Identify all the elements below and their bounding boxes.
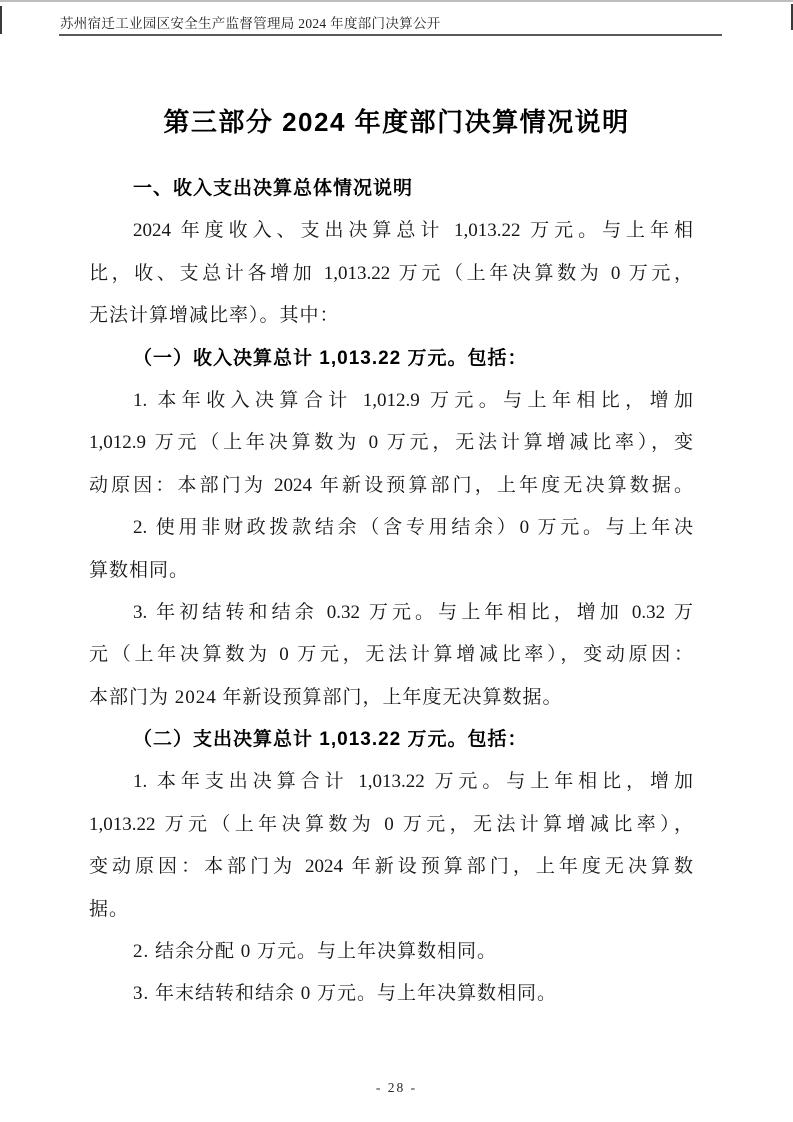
- document-page: 苏州宿迁工业园区安全生产监督管理局 2024 年度部门决算公开 第三部分 202…: [0, 0, 793, 1122]
- header-underline: [59, 34, 722, 36]
- running-header: 苏州宿迁工业园区安全生产监督管理局 2024 年度部门决算公开: [60, 12, 441, 32]
- page-top-edge-line: [0, 0, 793, 2]
- body-line: 动原因：本部门为 2024 年新设预算部门，上年度无决算数据。: [89, 465, 693, 507]
- body-line: 1,013.22 万元（上年决算数为 0 万元，无法计算增减比率），: [89, 804, 693, 846]
- body-line: 元（上年决算数为 0 万元，无法计算增减比率），变动原因：: [89, 634, 693, 676]
- subsection-heading-income-total: （一）收入决算总计 1,013.22 万元。包括：: [89, 338, 693, 380]
- body-line: 2024 年度收入、支出决算总计 1,013.22 万元。与上年相: [89, 210, 693, 252]
- document-body: 一、收入支出决算总体情况说明 2024 年度收入、支出决算总计 1,013.22…: [89, 168, 693, 1016]
- body-line: 1,012.9 万元（上年决算数为 0 万元，无法计算增减比率），变: [89, 422, 693, 464]
- body-line: 变动原因：本部门为 2024 年新设预算部门，上年度无决算数: [89, 846, 693, 888]
- body-line: 算数相同。: [89, 550, 693, 592]
- body-line: 1. 本年收入决算合计 1,012.9 万元。与上年相比，增加: [89, 380, 693, 422]
- body-line: 据。: [89, 889, 693, 931]
- body-line: 本部门为 2024 年新设预算部门，上年度无决算数据。: [89, 677, 693, 719]
- page-left-edge-mark: [0, 6, 2, 34]
- page-number: - 28 -: [0, 1080, 793, 1096]
- subsection-heading-expense-total: （二）支出决算总计 1,013.22 万元。包括：: [89, 719, 693, 761]
- section-heading-income-expense-overview: 一、收入支出决算总体情况说明: [89, 168, 693, 210]
- body-line: 无法计算增减比率）。其中：: [89, 295, 693, 337]
- body-line: 3. 年末结转和结余 0 万元。与上年决算数相同。: [89, 973, 693, 1015]
- body-line: 2. 结余分配 0 万元。与上年决算数相同。: [89, 931, 693, 973]
- body-line: 3. 年初结转和结余 0.32 万元。与上年相比，增加 0.32 万: [89, 592, 693, 634]
- body-line: 2. 使用非财政拨款结余（含专用结余）0 万元。与上年决: [89, 507, 693, 549]
- page-title: 第三部分 2024 年度部门决算情况说明: [0, 102, 793, 139]
- body-line: 1. 本年支出决算合计 1,013.22 万元。与上年相比，增加: [89, 761, 693, 803]
- body-line: 比，收、支总计各增加 1,013.22 万元（上年决算数为 0 万元，: [89, 253, 693, 295]
